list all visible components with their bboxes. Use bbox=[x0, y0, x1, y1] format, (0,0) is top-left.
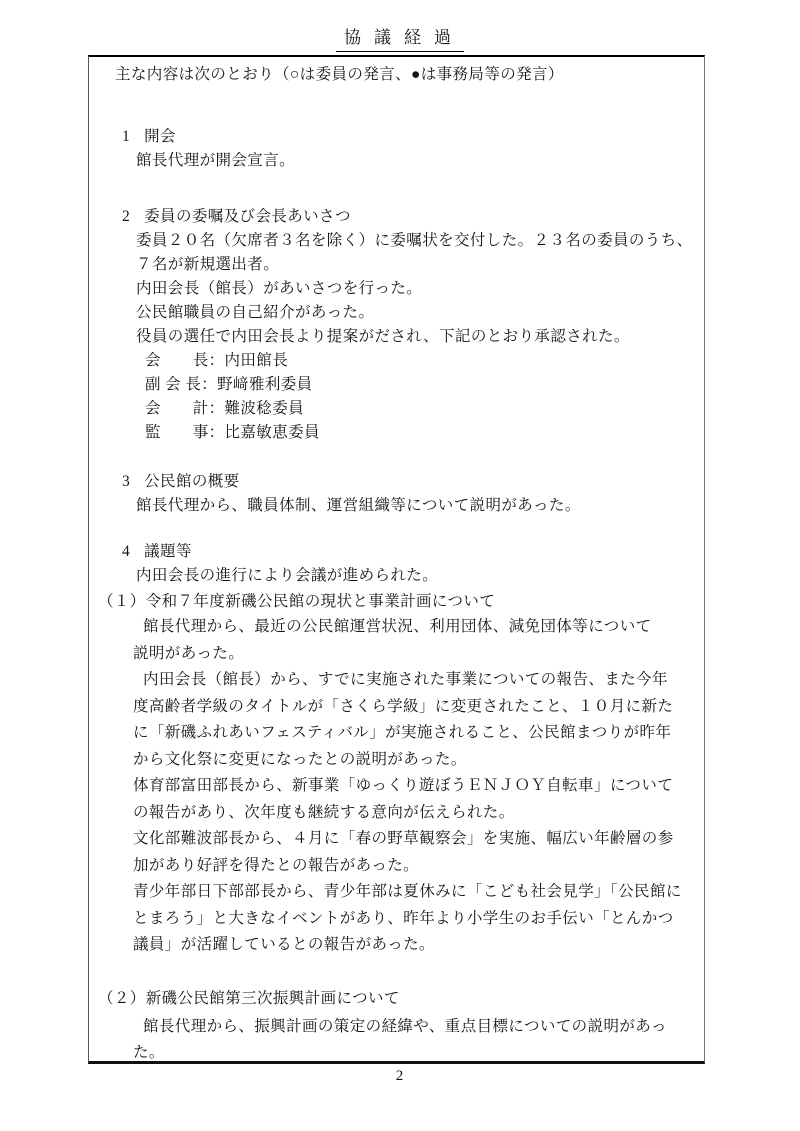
body-line: 体育部富田部長から、新事業「ゆっくり遊ぼうＥＮＪＯＹ自転車」について bbox=[133, 773, 698, 800]
body-line: 館長代理から、振興計画の策定の経緯や、重点目標についての説明があっ bbox=[143, 1014, 698, 1040]
content-box: 主な内容は次のとおり（○は委員の発言、●は事務局等の発言） 1開会 館長代理が開… bbox=[88, 55, 705, 1064]
body-line: 館長代理から、職員体制、運営組織等について説明があった。 bbox=[136, 494, 698, 518]
section-number: 4 bbox=[122, 543, 130, 560]
subsection-2-shinkoukeikaku: （２）新磯公民館第三次振興計画について 館長代理から、振興計画の策定の経緯や、重… bbox=[89, 987, 698, 1066]
body-line: とまろう」と大きなイベントがあり、昨年より小学生のお手伝い「とんかつ bbox=[133, 906, 698, 933]
intro-note: 主な内容は次のとおり（○は委員の発言、●は事務局等の発言） bbox=[115, 63, 698, 87]
subsection-heading: （１）令和７年度新磯公民館の現状と事業計画について bbox=[98, 590, 698, 614]
body-line: 内田会長の進行により会議が進められた。 bbox=[136, 564, 698, 588]
officer-vice-chairman: 副 会 長：野﨑雅利委員 bbox=[145, 373, 698, 397]
page-number: 2 bbox=[0, 1068, 800, 1085]
section-heading: 1開会 bbox=[89, 125, 698, 149]
body-line: から文化祭に変更になったとの説明があった。 bbox=[133, 747, 698, 774]
section-heading: 2委員の委嘱及び会長あいさつ bbox=[89, 205, 698, 229]
subsection-1-genjou-jigyoukeikaku: （１）令和７年度新磯公民館の現状と事業計画について 館長代理から、最近の公民館運… bbox=[89, 590, 698, 959]
section-heading: 3公民館の概要 bbox=[89, 470, 698, 494]
body-line: 加があり好評を得たとの報告があった。 bbox=[133, 853, 698, 880]
body-line: 館長代理が開会宣言。 bbox=[136, 149, 698, 173]
section-4-gidai: 4議題等 内田会長の進行により会議が進められた。 （１）令和７年度新磯公民館の現… bbox=[89, 540, 698, 1066]
officer-treasurer: 会 計：難波稔委員 bbox=[145, 397, 698, 421]
subsection-body: 館長代理から、振興計画の策定の経緯や、重点目標についての説明があっ た。 bbox=[89, 1014, 698, 1066]
body-line: 役員の選任で内田会長より提案がだされ、下記のとおり承認された。 bbox=[136, 325, 698, 349]
document-page: 協議経過 主な内容は次のとおり（○は委員の発言、●は事務局等の発言） 1開会 館… bbox=[0, 0, 800, 1131]
body-line: 説明があった。 bbox=[133, 641, 698, 668]
body-line: 青少年部日下部部長から、青少年部は夏休みに「こども社会見学」「公民館に bbox=[133, 879, 698, 906]
subsection-heading: （２）新磯公民館第三次振興計画について bbox=[98, 987, 698, 1011]
section-title: 開会 bbox=[144, 128, 176, 145]
body-line: 文化部難波部長から、４月に「春の野草観察会」を実施、幅広い年齢層の参 bbox=[133, 826, 698, 853]
section-number: 1 bbox=[122, 128, 130, 145]
body-line: 委員２０名（欠席者３名を除く）に委嘱状を交付した。２３名の委員のうち、 bbox=[136, 229, 698, 253]
section-number: 3 bbox=[122, 473, 130, 490]
body-line: た。 bbox=[133, 1040, 698, 1066]
body-line: 度高齢者学級のタイトルが「さくら学級」に変更されたこと、１０月に新た bbox=[133, 694, 698, 721]
section-2-ishoku: 2委員の委嘱及び会長あいさつ 委員２０名（欠席者３名を除く）に委嘱状を交付した。… bbox=[89, 205, 698, 445]
body-line: 内田会長（館長）があいさつを行った。 bbox=[136, 277, 698, 301]
page-title: 協議経過 bbox=[336, 23, 464, 52]
section-title: 議題等 bbox=[144, 543, 192, 560]
body-line: 館長代理から、最近の公民館運営状況、利用団体、減免団体等について bbox=[143, 614, 698, 641]
section-title: 委員の委嘱及び会長あいさつ bbox=[144, 208, 351, 225]
section-number: 2 bbox=[122, 208, 130, 225]
officer-auditor: 監 事：比嘉敏恵委員 bbox=[145, 421, 698, 445]
body-line: ７名が新規選出者。 bbox=[136, 253, 698, 277]
section-title: 公民館の概要 bbox=[144, 473, 239, 490]
body-line: の報告があり、次年度も継続する意向が伝えられた。 bbox=[133, 800, 698, 827]
section-1-kaikai: 1開会 館長代理が開会宣言。 bbox=[89, 125, 698, 173]
body-line: 内田会長（館長）から、すでに実施された事業についての報告、また今年 bbox=[143, 667, 698, 694]
section-heading: 4議題等 bbox=[89, 540, 698, 564]
body-line: 議員」が活躍しているとの報告があった。 bbox=[133, 932, 698, 959]
body-line: 公民館職員の自己紹介があった。 bbox=[136, 301, 698, 325]
body-line: に「新磯ふれあいフェスティバル」が実施されること、公民館まつりが昨年 bbox=[133, 720, 698, 747]
officer-chairman: 会 長：内田館長 bbox=[145, 349, 698, 373]
section-3-gaiyou: 3公民館の概要 館長代理から、職員体制、運営組織等について説明があった。 bbox=[89, 470, 698, 518]
